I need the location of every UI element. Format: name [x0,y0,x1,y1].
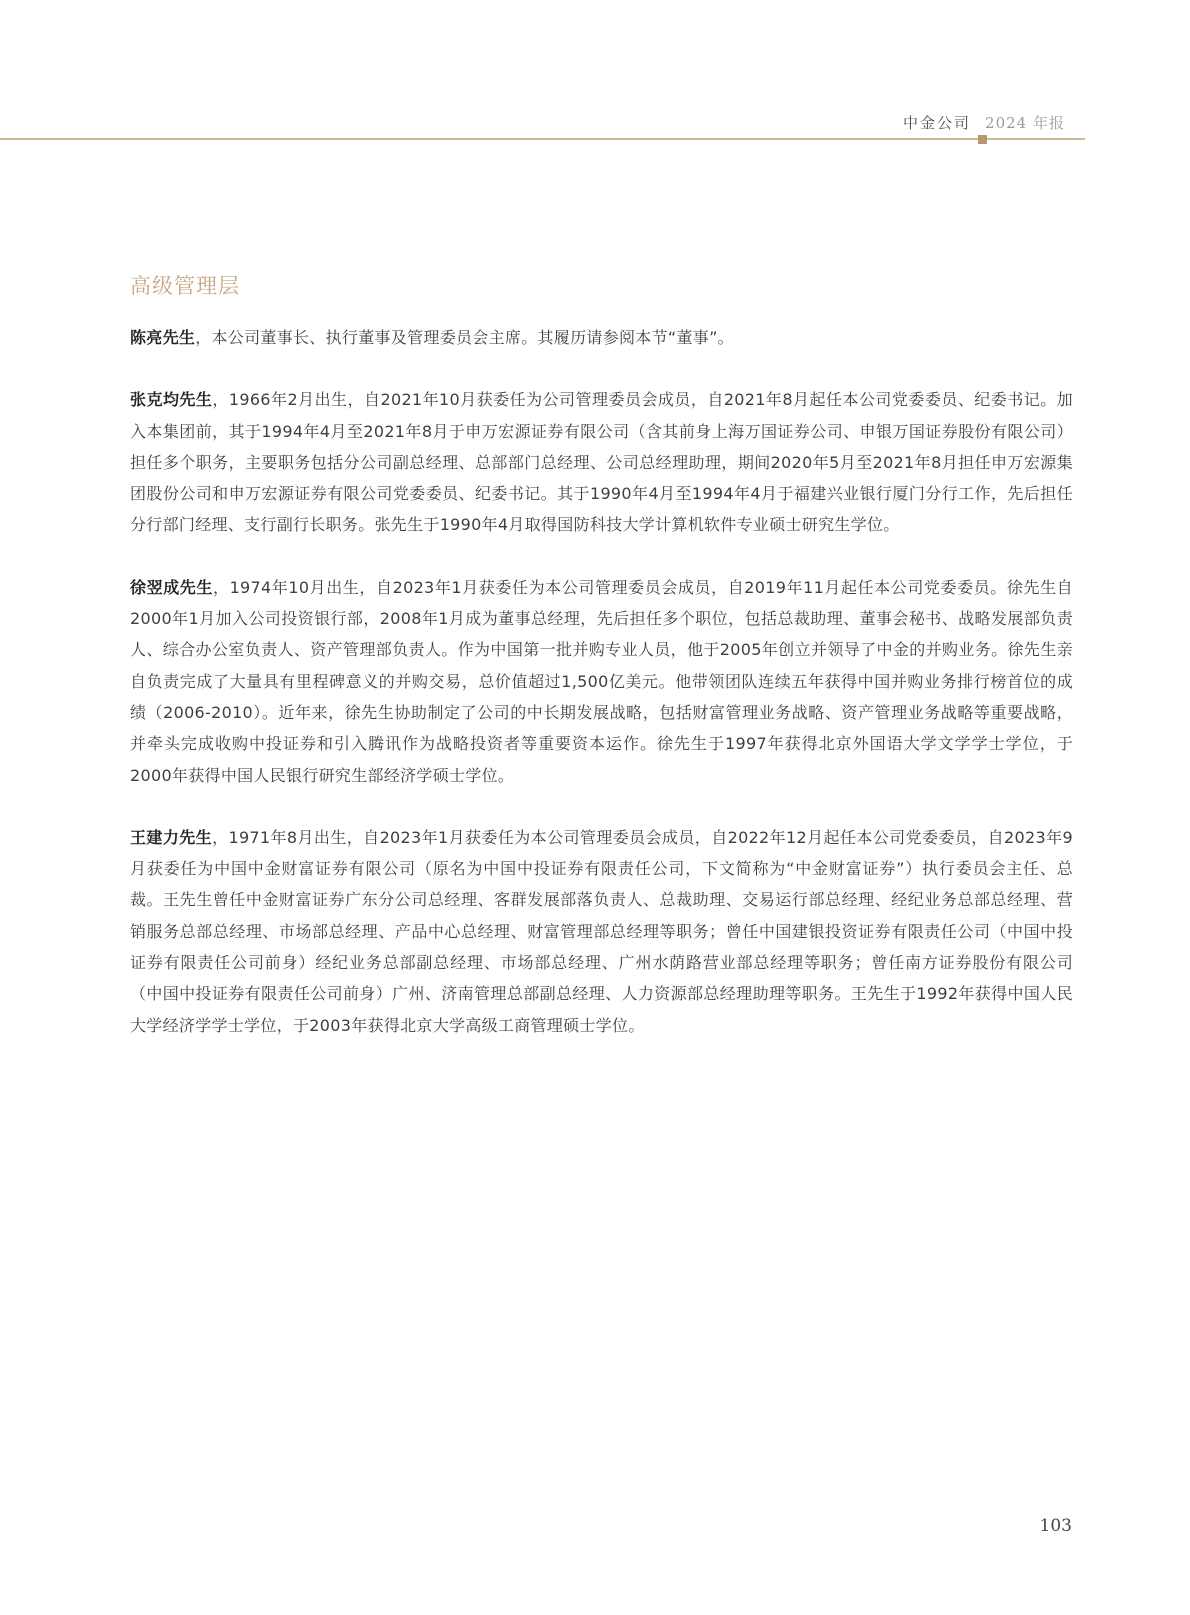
running-header: 中金公司2024 年报 [903,112,1065,133]
bio-name: 徐翌成先生 [130,578,213,597]
header-divider [0,138,1085,140]
header-square-marker-icon [978,135,987,144]
bio-paragraph: 张克均先生，1966年2月出生，自2021年10月获委任为公司管理委员会成员，自… [130,384,1073,540]
bio-text: ，1974年10月出生，自2023年1月获委任为本公司管理委员会成员，自2019… [130,578,1073,785]
bio-text: ，本公司董事长、执行董事及管理委员会主席。其履历请参阅本节“董事”。 [195,328,734,347]
bio-paragraph: 徐翌成先生，1974年10月出生，自2023年1月获委任为本公司管理委员会成员，… [130,572,1073,791]
section-title: 高级管理层 [130,270,1073,300]
bio-name: 王建力先生 [130,828,212,847]
bio-paragraph: 陈亮先生，本公司董事长、执行董事及管理委员会主席。其履历请参阅本节“董事”。 [130,322,1073,353]
bio-name: 陈亮先生 [130,328,195,347]
header-report-year: 2024 年报 [985,114,1065,132]
bio-paragraph: 王建力先生，1971年8月出生，自2023年1月获委任为本公司管理委员会成员，自… [130,822,1073,1041]
header-company: 中金公司 [903,114,971,132]
bio-name: 张克均先生 [130,390,212,409]
bio-text: ，1966年2月出生，自2021年10月获委任为公司管理委员会成员，自2021年… [130,390,1073,534]
page-content: 高级管理层 陈亮先生，本公司董事长、执行董事及管理委员会主席。其履历请参阅本节“… [130,270,1073,1072]
bio-text: ，1971年8月出生，自2023年1月获委任为本公司管理委员会成员，自2022年… [130,828,1073,1035]
page-number: 103 [1040,1516,1072,1536]
